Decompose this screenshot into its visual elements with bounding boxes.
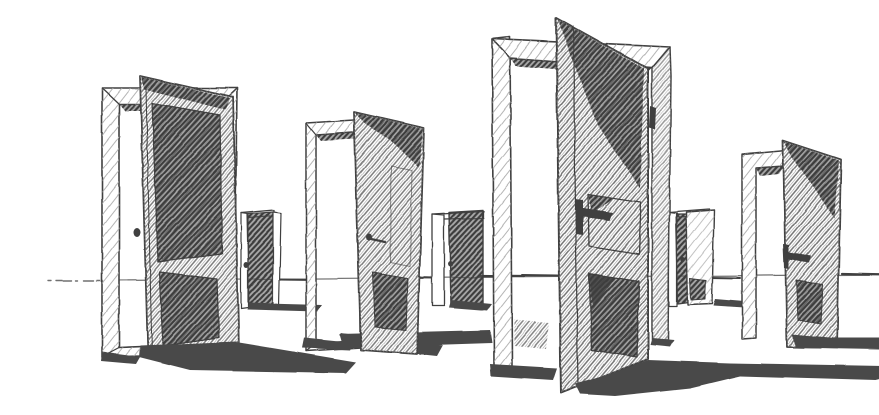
sketch-canvas	[40, 16, 879, 399]
door-e-frame-right-shading	[652, 47, 671, 340]
door-e-frame-left-shading	[492, 37, 512, 367]
door-e-foot-shadow-left	[490, 364, 557, 380]
door-d-door-panel	[449, 210, 483, 307]
door-d-frame-left	[432, 214, 444, 306]
horizon-stub-e-opening	[522, 276, 558, 277]
door-e-foot-shadow-right	[650, 338, 674, 347]
horizon-stub-f	[710, 278, 740, 279]
door-f-panel-inset	[690, 278, 706, 300]
door-a-panel-inset-bottom	[159, 272, 219, 346]
door-b-door-panel	[273, 212, 281, 307]
door-b-opening	[247, 212, 273, 309]
door-e-hinge	[649, 106, 656, 130]
horizon-stub-g	[842, 274, 879, 275]
door-e-opening-shadow-patch	[514, 320, 549, 349]
sketch-svg	[40, 16, 879, 399]
door-f-knob	[681, 257, 685, 262]
door-g-panel-inset	[796, 280, 823, 324]
sketch-layer	[48, 18, 879, 396]
door-a-knob	[134, 228, 141, 237]
door-c-panel-inset	[373, 272, 408, 330]
door-a-panel-inset-top	[152, 103, 222, 262]
door-b-knob	[244, 262, 249, 268]
door-d-knob	[448, 261, 453, 267]
